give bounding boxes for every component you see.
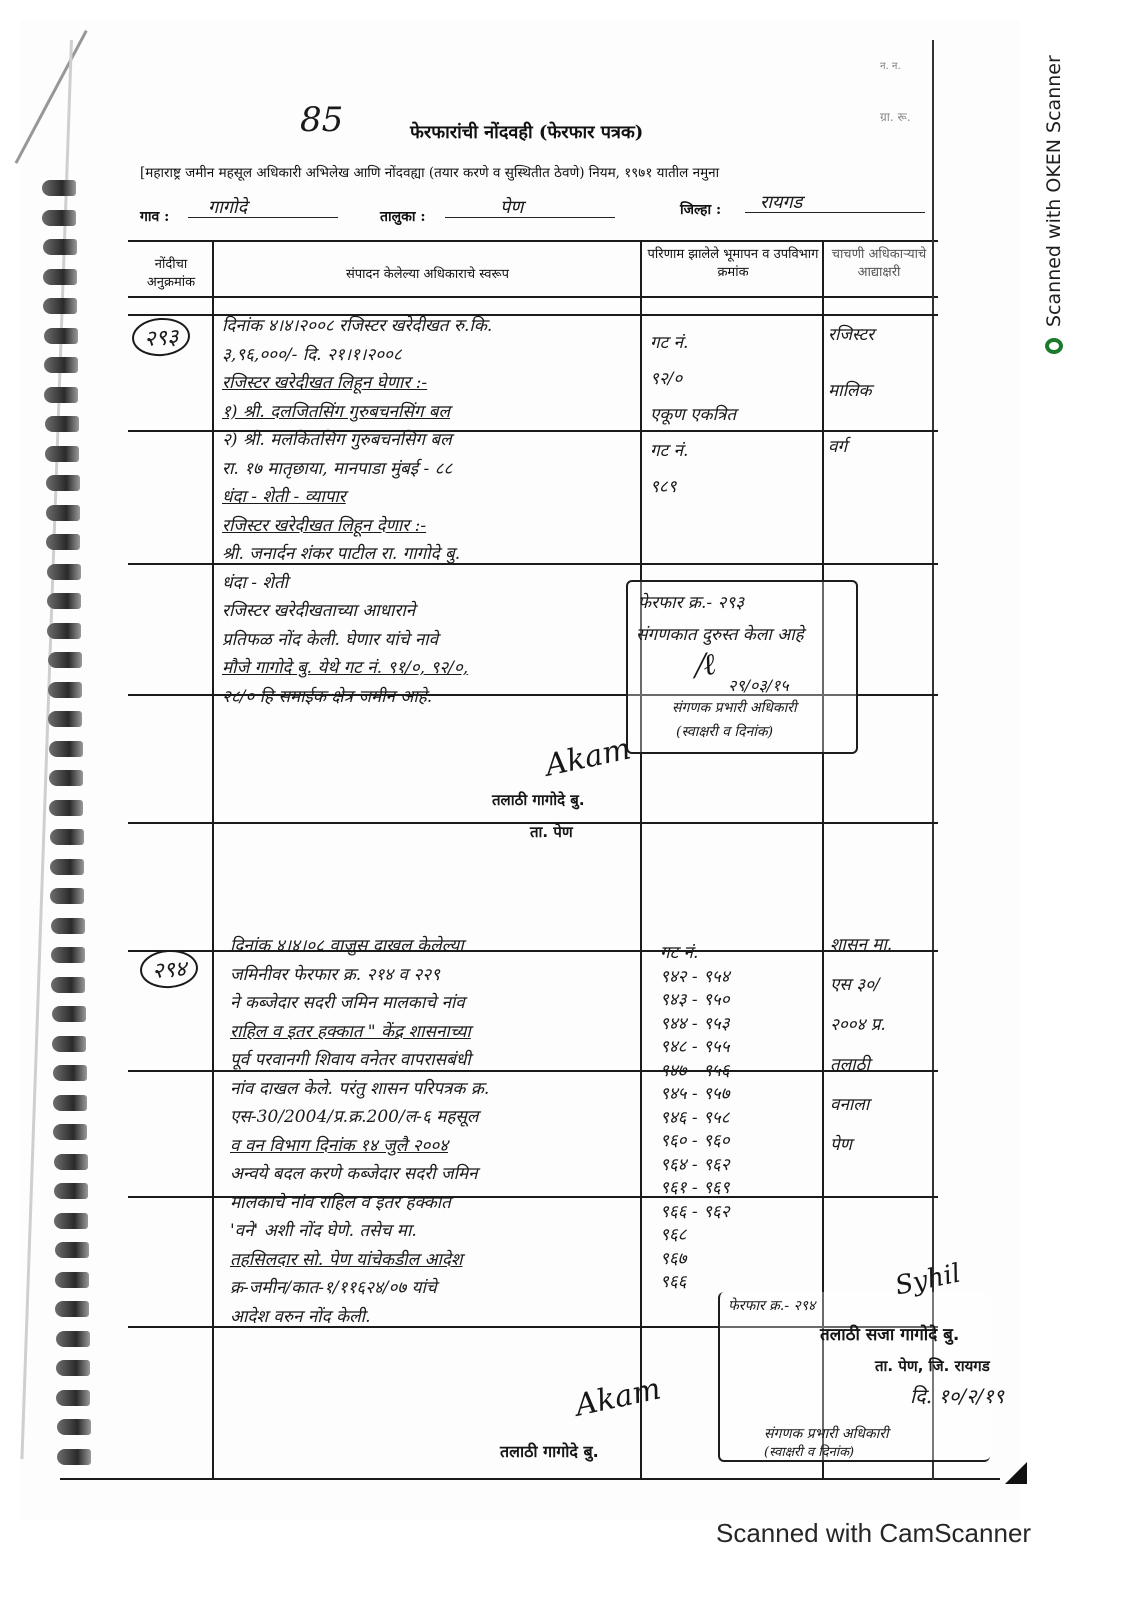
spiral-ring [47, 593, 81, 609]
stamp-officer-title: संगणक प्रभारी अधिकारी [672, 698, 797, 717]
text-line: गट नं. [660, 940, 698, 963]
stamp-status: संगणकात दुरुस्त केला आहे [636, 622, 804, 645]
officer-signature: ⁄ℓ [695, 647, 719, 685]
table-bottom-border [60, 1478, 1000, 1480]
text-line: तहसिलदार सो. पेण यांचेकडील आदेश [230, 1252, 462, 1269]
camscanner-watermark: Scanned with CamScanner [716, 1518, 1031, 1549]
text-line: ९६४ - ९६२ [660, 1152, 730, 1175]
text-line: 'वने' अशी नोंद घेणे. तसेच मा. [230, 1223, 417, 1240]
text-line: मालकाचे नांव राहिल व इतर हक्कात [230, 1195, 451, 1212]
text-line: ९४३ - ९५० [660, 987, 730, 1010]
text-line: २००४ प्र. [830, 1012, 886, 1035]
text-line: रजिस्टर [828, 322, 874, 345]
text-line: ९४५ - ९५७ [660, 1081, 730, 1104]
spiral-ring [57, 1419, 91, 1435]
text-line: २) श्री. मलकितसिंग गुरुबचनसिंग बल [222, 432, 452, 449]
spiral-ring [50, 829, 84, 845]
spiral-ring [49, 741, 83, 757]
text-line: रजिस्टर खरेदीखत लिहून घेणार :- [222, 375, 427, 392]
footer-talathi-stamp: तलाठी गागोदे बु. [500, 1440, 599, 1462]
spiral-binding [42, 180, 82, 1480]
page-title: फेरफारांची नोंदवही (फेरफार पत्रक) [410, 120, 643, 144]
text-line: प्रतिफळ नोंद केली. घेणार यांचे नावे [222, 632, 438, 649]
spiral-ring [50, 888, 84, 904]
text-line: एकूण एकत्रित [650, 402, 736, 425]
text-line: ९६७ [660, 1246, 687, 1269]
spiral-ring [44, 387, 78, 403]
taluka-label: तालुका : [380, 207, 426, 226]
text-line: शासन मा. [830, 932, 892, 955]
text-line: नांव दाखल केले. परंतु शासन परिपत्रक क्र. [230, 1081, 489, 1098]
text-line: ९८९ [650, 474, 677, 497]
spiral-ring [53, 1095, 87, 1111]
spiral-ring [47, 564, 81, 580]
taluka-value: पेण [500, 197, 523, 218]
spiral-ring [50, 859, 84, 875]
spiral-ring [49, 800, 83, 816]
spiral-ring [43, 239, 77, 255]
text-line: ९४२ - ९५४ [660, 964, 730, 987]
text-line: रजिस्टर खरेदीखताच्या आधाराने [222, 603, 415, 620]
spiral-ring [45, 416, 79, 432]
stamp-sign-date-label: (स्वाक्षरी व दिनांक) [676, 722, 773, 741]
text-line: ९६६ - ९६२ [660, 1199, 730, 1222]
text-line: ९४८ - ९५५ [660, 1034, 730, 1057]
text-line: रजिस्टर खरेदीखत लिहून देणार :- [222, 518, 426, 535]
column-header-survey: परिणाम झालेले भूमापन व उपविभाग क्रमांक [645, 246, 821, 281]
spiral-ring [51, 977, 85, 993]
spiral-ring [46, 475, 80, 491]
spiral-ring [56, 1331, 90, 1347]
spiral-ring [52, 1006, 86, 1022]
text-line: ९४७ - ९५६ [660, 1058, 730, 1081]
spiral-ring [51, 918, 85, 934]
text-line: ने कब्जेदार सदरी जमिन मालकाचे नांव [230, 995, 465, 1012]
spiral-ring [52, 1036, 86, 1052]
text-line: तलाठी [830, 1052, 870, 1075]
spiral-ring [45, 446, 79, 462]
text-line: २८/० हि समाईक क्षेत्र जमीन आहे. [222, 689, 432, 706]
spiral-ring [54, 1213, 88, 1229]
text-line: एस ३०/ [830, 972, 880, 995]
row-rule [128, 1070, 938, 1072]
text-line: आदेश वरुन नोंद केली. [230, 1309, 370, 1326]
text-line: धंदा - शेती - व्यापार [222, 489, 346, 506]
talathi-seal-date: दि. १०/२/१९ [910, 1382, 1004, 1409]
district-field: रायगड [745, 190, 925, 213]
talathi-stamp-line-1: तलाठी गागोदे बु. [492, 790, 585, 810]
stamp-entry-ref: फेरफार क्र.- २९४ [728, 1296, 815, 1315]
stamp-sign-date-label: (स्वाक्षरी व दिनांक) [764, 1442, 854, 1460]
text-line: ९६८ [660, 1222, 687, 1245]
column-header-officer: चाचणी अधिकाऱ्याचे आद्याक्षरी [826, 246, 932, 281]
text-line: रा. १७ मातृछाया, मानपाडा मुंबई - ८८ [222, 461, 452, 478]
spiral-ring [42, 210, 76, 226]
text-line: दिनांक ४।४।२००८ रजिस्टर खरेदीखत रु.कि. [222, 318, 492, 335]
text-line: ९२/० [650, 366, 682, 389]
spiral-ring [43, 269, 77, 285]
corner-mark-2: ग्रा. रू. [880, 108, 911, 125]
text-line: क्र-जमीन/कात-१/११६२४/०७ यांचे [230, 1280, 437, 1297]
page-subtitle: [महाराष्ट्र जमीन महसूल अधिकारी अभिलेख आण… [140, 163, 719, 181]
text-line: अन्वये बदल करणे कब्जेदार सदरी जमिन [230, 1166, 478, 1183]
spiral-ring [57, 1449, 91, 1465]
spiral-ring [54, 1183, 88, 1199]
text-line: जमिनीवर फेरफार क्र. २१४ व २२९ [230, 967, 440, 984]
spiral-ring [48, 682, 82, 698]
text-line: गट नं. [650, 438, 688, 461]
table-header-divider [128, 296, 938, 298]
district-label: जिल्हा : [680, 200, 721, 219]
spiral-ring [56, 1360, 90, 1376]
talathi-stamp-line-2: ता. पेण [530, 822, 573, 842]
text-line: ९४६ - ९५८ [660, 1105, 730, 1128]
text-line: ९६० - ९६० [660, 1128, 730, 1151]
spiral-ring [44, 328, 78, 344]
text-line: धंदा - शेती [222, 575, 288, 592]
oken-scanner-watermark: Scanned with OKEN Scanner [1043, 55, 1065, 355]
text-line: गट नं. [650, 330, 688, 353]
table-top-border [128, 240, 938, 242]
text-line: एस-30/2004/प्र.क्र.200/ल-६ महसूल [230, 1109, 478, 1126]
spiral-ring [55, 1272, 89, 1288]
column-divider-2 [640, 240, 642, 1480]
column-header-rights: संपादन केलेल्या अधिकाराचे स्वरूप [215, 266, 640, 284]
text-line: पेण [830, 1132, 852, 1155]
spiral-ring [49, 770, 83, 786]
spiral-ring [54, 1154, 88, 1170]
spiral-ring [43, 298, 77, 314]
text-line: पूर्व परवानगी शिवाय वनेतर वापरासबंधी [230, 1052, 471, 1069]
corner-mark: न. न. [880, 58, 901, 72]
spiral-ring [53, 1065, 87, 1081]
text-line: मौजे गागोदे बु. येथे गट नं. ९१/०, ९२/०, [222, 660, 468, 677]
text-line: १) श्री. दलजितसिंग गुरुबचनसिंग बल [222, 404, 450, 421]
stamp-date: २९/०३/१५ [728, 674, 789, 696]
column-header-entry-no: नोंदीचा अनुक्रमांक [132, 256, 210, 291]
spiral-ring [55, 1242, 89, 1258]
taluka-field: पेण [445, 195, 615, 218]
text-line: ३,९६,०००/- दि. २१।१।२००८ [222, 347, 402, 364]
spiral-ring [46, 534, 80, 550]
text-line: श्री. जनार्दन शंकर पाटील रा. गागोदे बु. [222, 546, 460, 563]
oken-logo-icon [1045, 338, 1063, 354]
fold-mark [1005, 1462, 1027, 1484]
village-label: गाव : [140, 207, 169, 226]
text-line: व वन विभाग दिनांक १४ जुलै २००४ [230, 1138, 448, 1155]
text-line: ९६६ [660, 1269, 687, 1292]
text-line: ९४४ - ९५३ [660, 1011, 730, 1034]
stamp-officer-title: संगणक प्रभारी अधिकारी [764, 1424, 889, 1443]
spiral-ring [56, 1390, 90, 1406]
spiral-ring [53, 1124, 87, 1140]
text-line: राहिल व इतर हक्कात " केंद्र शासनाच्या [230, 1024, 471, 1041]
spiral-ring [48, 652, 82, 668]
text-line: मालिक [828, 378, 872, 401]
spiral-ring [42, 180, 76, 196]
text-line: वर्ग [828, 434, 847, 457]
spiral-ring [55, 1301, 89, 1317]
district-value: रायगड [760, 192, 802, 213]
correction-stamp-293: फेरफार क्र.- २९३ संगणकात दुरुस्त केला आह… [626, 580, 858, 754]
text-line: वनाला [830, 1092, 869, 1115]
text-line: दिनांक ४।४।०८ वाजुस दाखल केलेल्या [230, 938, 464, 955]
spiral-ring [46, 505, 80, 521]
oken-watermark-text: Scanned with OKEN Scanner [1043, 55, 1065, 327]
village-field: गागोदे [188, 195, 338, 218]
village-value: गागोदे [208, 197, 247, 218]
column-divider-1 [212, 240, 214, 1480]
stamp-entry-ref: फेरफार क्र.- २९३ [638, 590, 744, 613]
talathi-seal-line-2: ता. पेण, जि. रायगड [875, 1356, 990, 1376]
page-number: 85 [300, 100, 343, 140]
talathi-seal-line-1: तलाठी सजा गागोदे बु. [820, 1322, 959, 1345]
text-line: ९६१ - ९६९ [660, 1175, 730, 1198]
correction-stamp-294: फेरफार क्र.- २९४ संगणक प्रभारी अधिकारी (… [718, 1292, 990, 1462]
spiral-ring [51, 947, 85, 963]
spiral-ring [48, 711, 82, 727]
spiral-ring [47, 623, 81, 639]
spiral-ring [44, 357, 78, 373]
